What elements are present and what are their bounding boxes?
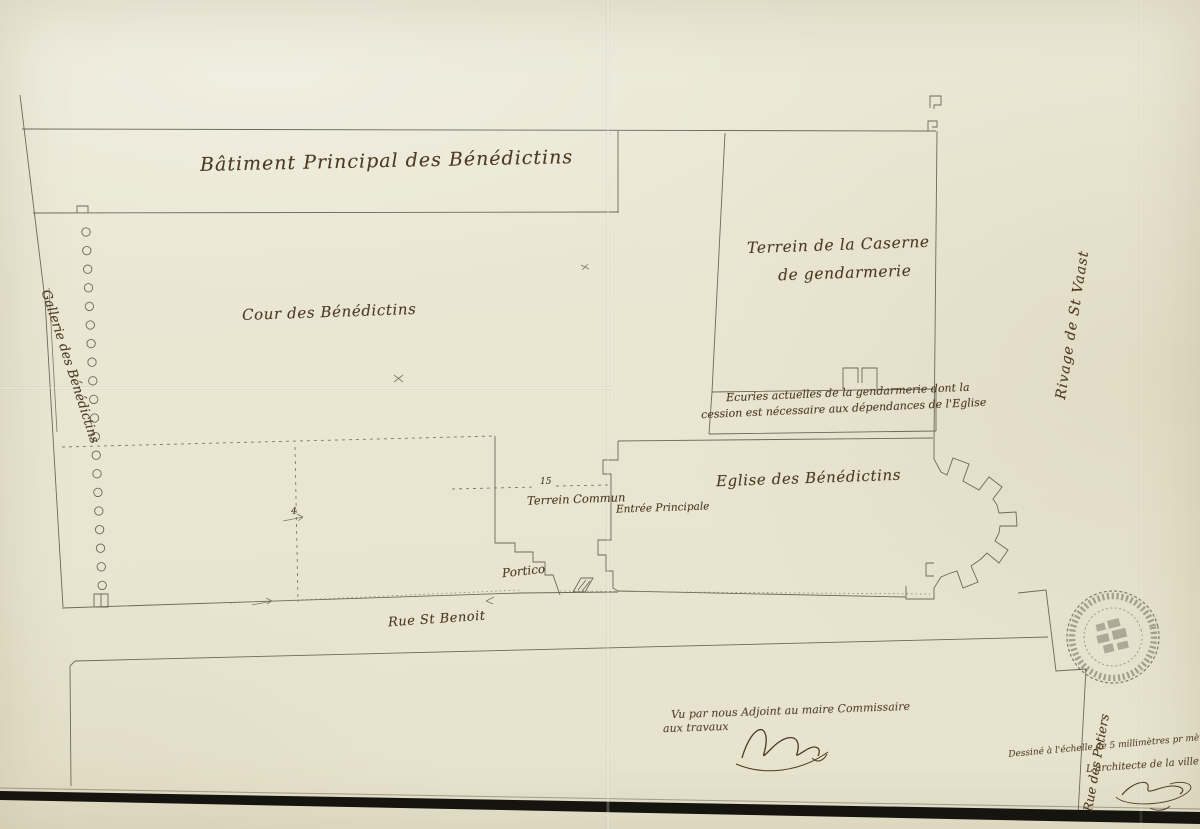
courtyard-outline: [20, 95, 941, 607]
approval-signature-flourish: [736, 730, 828, 771]
street-lines: [62, 590, 1086, 815]
archive-stamp: [1057, 581, 1169, 693]
church-outline: [598, 438, 1017, 599]
measure-4: 4: [291, 507, 297, 517]
gallery-base: [94, 594, 108, 607]
approval-note-line2: aux travaux: [663, 720, 729, 735]
plan-linework: [0, 0, 1200, 829]
measure-15: 15: [540, 477, 551, 487]
architect-signature-flourish: [1116, 782, 1191, 810]
scanned-site-plan: Bâtiment Principal des Bénédictins Terre…: [0, 0, 1200, 829]
scan-edge: [0, 788, 1200, 824]
